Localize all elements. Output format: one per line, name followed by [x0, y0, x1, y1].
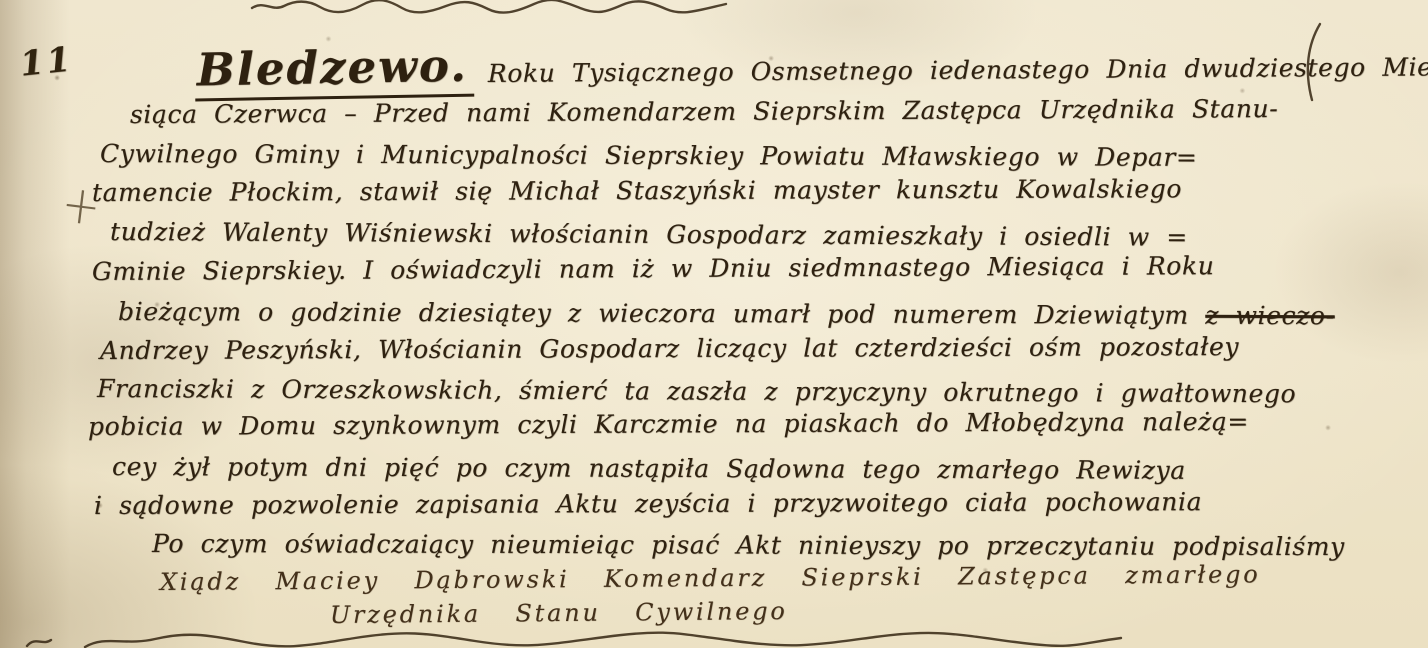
cutoff-ink-strokes-bottom [25, 630, 1125, 648]
manuscript-line: Andrzey Peszyński, Włościanin Gospodarz … [100, 332, 1239, 365]
manuscript-line: bieżącym o godzinie dziesiątey z wieczor… [118, 297, 1335, 330]
manuscript-line: tamencie Płockim, stawił się Michał Stas… [92, 174, 1182, 207]
manuscript-page: 11 + Bledzewo.Roku Tysiącznego Osmsetneg… [0, 0, 1428, 648]
signature-line: Xiądz Maciey Dąbrowski Komendarz Sieprsk… [160, 560, 1261, 596]
manuscript-line: Bledzewo.Roku Tysiącznego Osmsetnego ied… [195, 33, 1428, 100]
manuscript-line: tudzież Walenty Wiśniewski włościanin Go… [110, 217, 1188, 252]
manuscript-line: Gminie Sieprskiey. I oświadczyli nam iż … [92, 251, 1215, 286]
manuscript-line: pobicia w Domu szynkownym czyli Karczmie… [88, 407, 1249, 441]
manuscript-line: cey żył potym dni pięć po czym nastąpiła… [112, 452, 1186, 485]
entry-number: 11 [18, 39, 75, 84]
manuscript-line: siąca Czerwca – Przed nami Komendarzem S… [130, 94, 1278, 129]
manuscript-line: i sądowne pozwolenie zapisania Aktu zeyś… [94, 487, 1202, 520]
cutoff-ink-strokes-top [250, 0, 730, 16]
heading-line-text: Roku Tysiącznego Osmsetnego iedenastego … [488, 52, 1428, 88]
manuscript-line: Po czym oświadczaiący nieumieiąc pisać A… [152, 529, 1345, 561]
struck-through-text: z wieczo- [1205, 301, 1334, 330]
signature-line: Urzędnika Stanu Cywilnego [330, 597, 788, 629]
manuscript-line: Cywilnego Gminy i Municypalności Sieprsk… [100, 139, 1198, 172]
manuscript-line: Franciszki z Orzeszkowskich, śmierć ta z… [97, 374, 1296, 408]
line7-text: bieżącym o godzinie dziesiątey z wieczor… [118, 297, 1205, 330]
place-heading: Bledzewo. [194, 39, 474, 102]
